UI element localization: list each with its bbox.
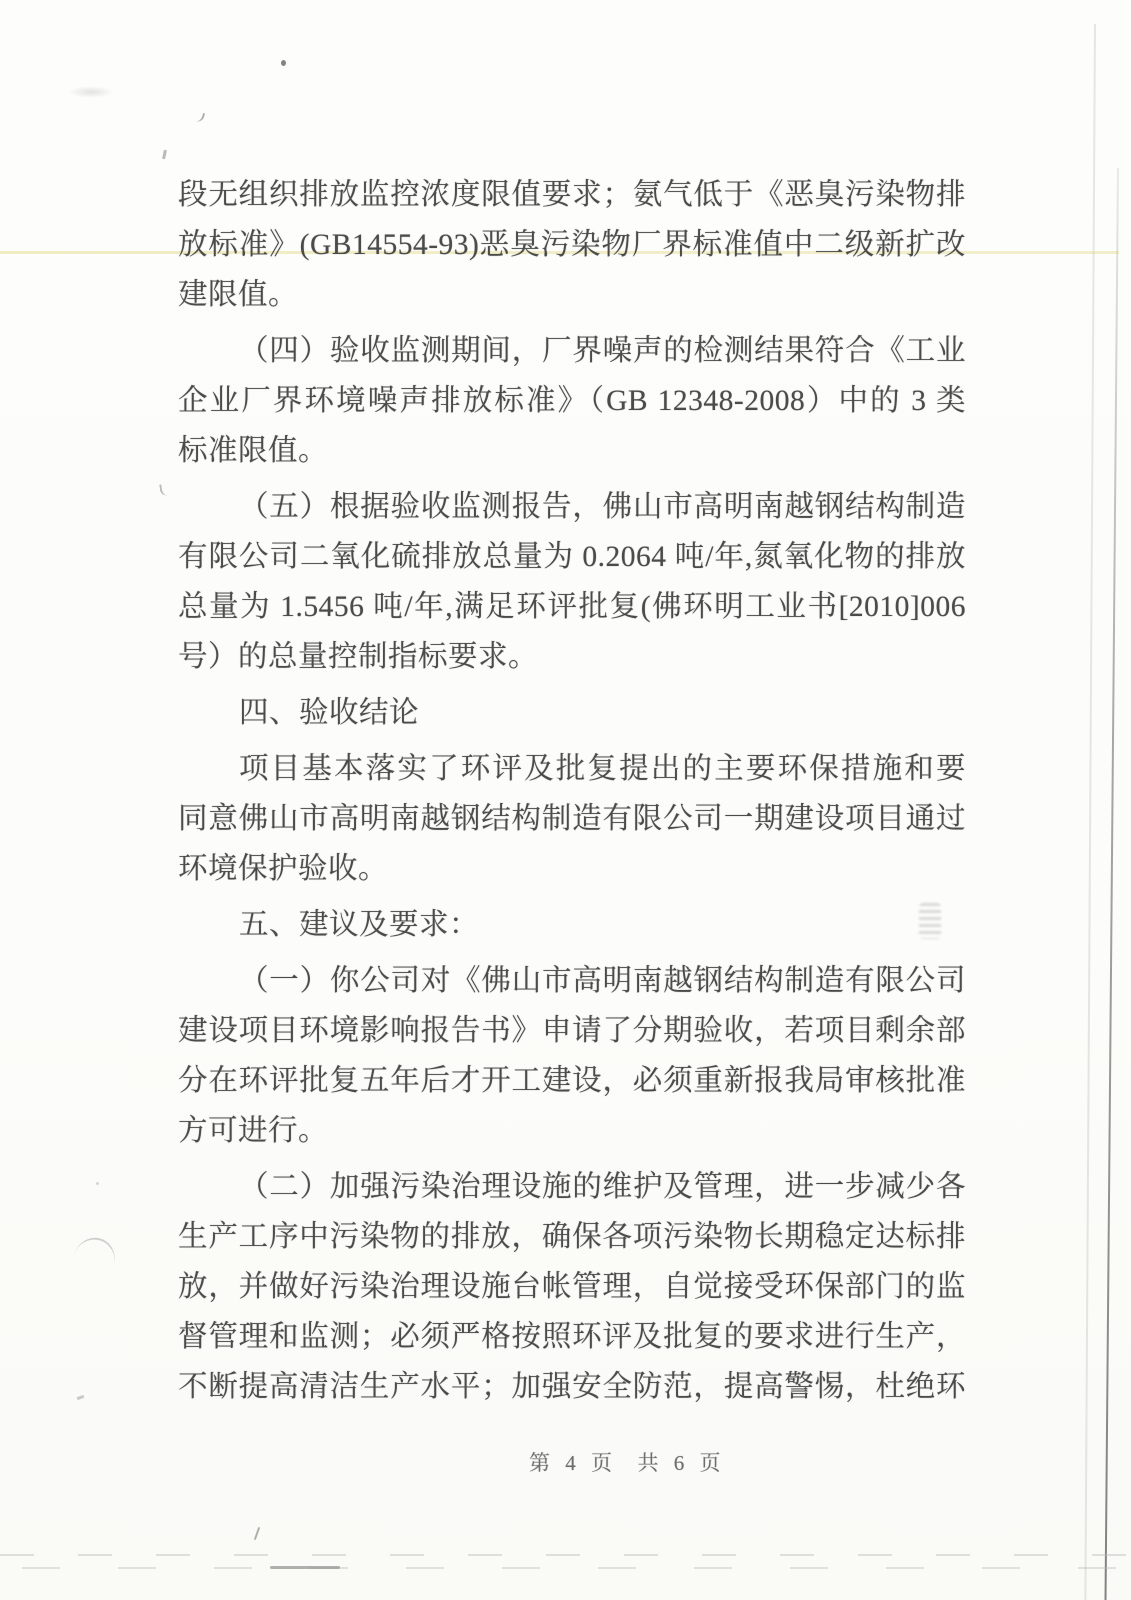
scan-speck [194,111,205,123]
text-line: （二）加强污染治理设施的维护及管理，进一步减少各 [178,1162,966,1212]
text-line: 分在环评批复五年后才开工建设，必须重新报我局审核批准 [178,1056,966,1106]
scan-smudge [68,86,114,98]
scan-artifact-dashed-line-upper [0,1554,1131,1556]
text-line: 同意佛山市高明南越钢结构制造有限公司一期建设项目通过 [178,794,966,844]
scan-speck [77,1395,85,1400]
scanned-document-page: 段无组织排放监控浓度限值要求；氨气低于《恶臭污染物排放标准》(GB14554-9… [0,0,1131,1600]
text-line: 方可进行。 [178,1106,966,1156]
text-line: 项目基本落实了环评及批复提出的主要环保措施和要求， [178,744,966,794]
scan-speck [96,1182,99,1185]
scan-speck [162,150,167,159]
scan-artifact-dashed-line-lower [0,1567,1131,1569]
text-line: 放标准》(GB14554-93)恶臭污染物厂界标准值中二级新扩改 [178,220,966,270]
scan-speck [254,1527,260,1540]
text-line: （五）根据验收监测报告，佛山市高明南越钢结构制造 [178,482,966,532]
text-line: 四、验收结论 [178,688,966,738]
text-line: 企业厂界环境噪声排放标准》（GB 12348-2008）中的 3 类 [178,376,966,426]
text-line: （一）你公司对《佛山市高明南越钢结构制造有限公司 [178,956,966,1006]
text-line: 督管理和监测；必须严格按照环评及批复的要求进行生产， [178,1312,966,1362]
text-line: 环境保护验收。 [178,844,966,894]
scan-artifact-vertical-fold-line [1105,168,1119,1600]
text-line: 五、建议及要求： [178,900,966,950]
text-line: 建限值。 [178,270,966,320]
scan-speck [159,484,168,497]
text-line: 生产工序中污染物的排放，确保各项污染物长期稳定达标排 [178,1212,966,1262]
document-body: 段无组织排放监控浓度限值要求；氨气低于《恶臭污染物排放标准》(GB14554-9… [178,170,966,1412]
page-footer: 第 4 页 共 6 页 [488,1422,726,1502]
text-line: 号）的总量控制指标要求。 [178,632,966,682]
text-line: 段无组织排放监控浓度限值要求；氨气低于《恶臭污染物排 [178,170,966,220]
text-line: 放，并做好污染治理设施台帐管理，自觉接受环保部门的监 [178,1262,966,1312]
scan-speck [281,60,286,66]
text-line: 总量为 1.5456 吨/年,满足环评批复(佛环明工业书[2010]006 [178,582,966,632]
text-line: （四）验收监测期间，厂界噪声的检测结果符合《工业 [178,326,966,376]
text-line: 建设项目环境影响报告书》申请了分期验收，若项目剩余部 [178,1006,966,1056]
text-line: 标准限值。 [178,426,966,476]
scan-arc-smudge [74,1233,121,1268]
text-line: 不断提高清洁生产水平；加强安全防范，提高警惕，杜绝环 [178,1362,966,1412]
page-number: 第 4 页 共 6 页 [529,1451,726,1475]
scan-artifact-dash-segment [270,1566,340,1569]
text-line: 有限公司二氧化硫排放总量为 0.2064 吨/年,氮氧化物的排放 [178,532,966,582]
scan-artifact-vertical-line-faint [1084,24,1096,1600]
